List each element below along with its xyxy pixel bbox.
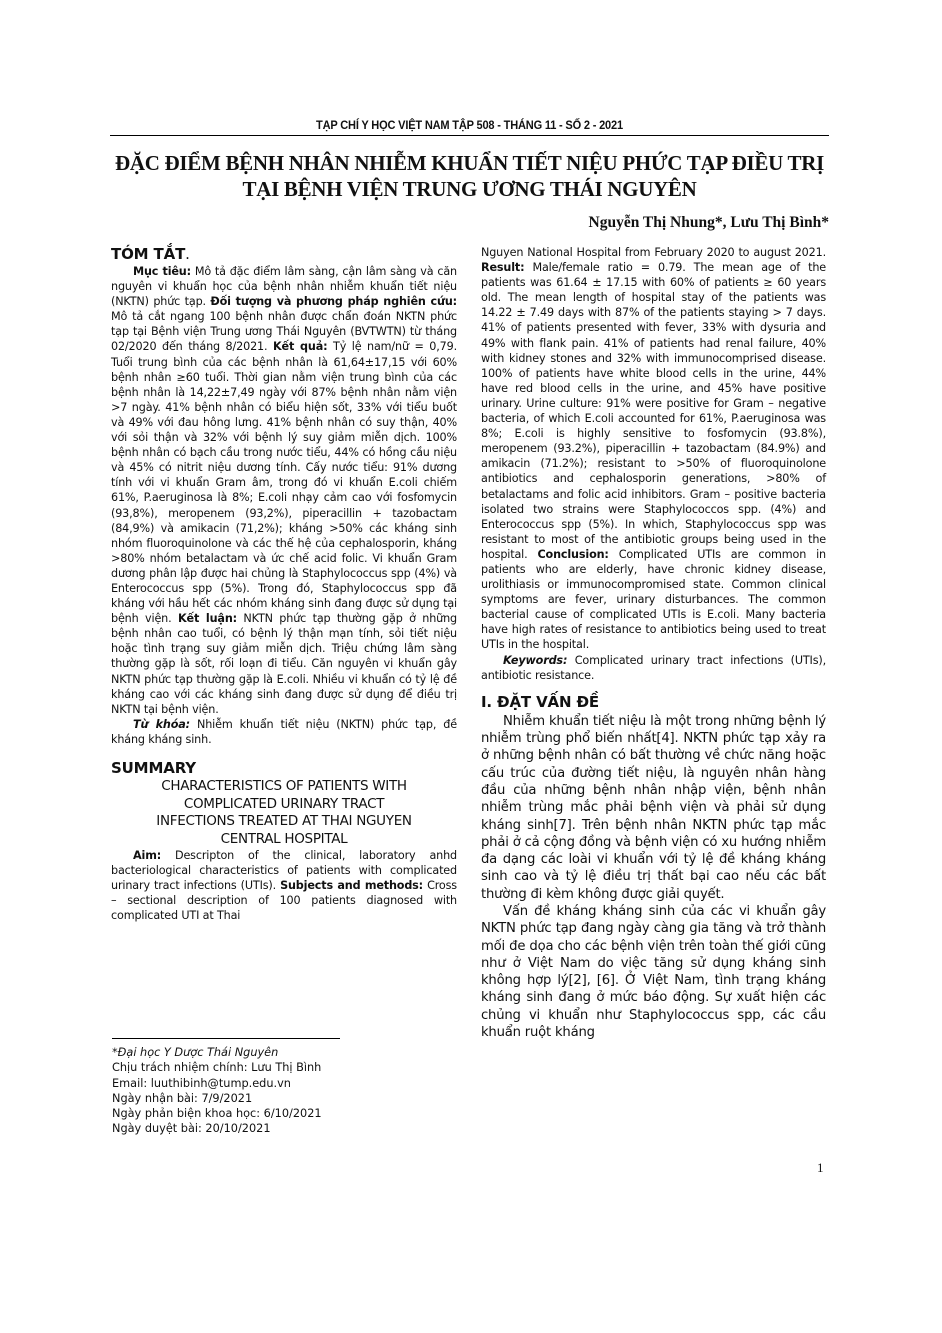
footnotes: *Đại học Y Dược Thái Nguyên Chịu trách n… — [112, 1045, 322, 1137]
header-rule — [110, 135, 829, 136]
section-1-heading: I. ĐẶT VẤN ĐỀ — [481, 693, 826, 711]
summary-keywords: Keywords: Complicated urinary tract infe… — [481, 653, 826, 683]
results-text: Tỷ lệ nam/nữ = 0,79. Tuổi trung bình của… — [111, 340, 457, 625]
affiliation: *Đại học Y Dược Thái Nguyên — [112, 1045, 322, 1060]
date-reviewed: Ngày phản biện khoa học: 6/10/2021 — [112, 1106, 322, 1121]
summary-heading: SUMMARY — [111, 759, 457, 777]
heading-dot: . — [185, 245, 190, 263]
methods-label: Đối tượng và phương pháp nghiên cứu: — [210, 295, 457, 308]
summary-title-line: INFECTIONS TREATED AT THAI NGUYEN — [111, 813, 457, 831]
date-accepted: Ngày duyệt bài: 20/10/2021 — [112, 1121, 322, 1136]
abstract-vi-keywords: Từ khóa: Nhiễm khuẩn tiết niệu (NKTN) ph… — [111, 717, 457, 747]
abstract-vi-body: Mục tiêu: Mô tả đặc điểm lâm sàng, cận l… — [111, 264, 457, 717]
conclusion-label: Kết luận: — [178, 612, 237, 625]
abstract-vi-heading: TÓM TẮT. — [111, 245, 457, 263]
title-line-2: TẠI BỆNH VIỆN TRUNG ƯƠNG THÁI NGUYÊN — [110, 176, 829, 202]
summary-title-line: CENTRAL HOSPITAL — [111, 831, 457, 849]
date-received: Ngày nhận bài: 7/9/2021 — [112, 1091, 322, 1106]
keywords-vi-label: Từ khóa: — [133, 718, 190, 731]
results-label: Kết quả: — [273, 340, 327, 353]
summary-body-left: Aim: Descripton of the clinical, laborat… — [111, 848, 457, 923]
methods-en-label: Subjects and methods: — [280, 879, 423, 892]
keywords-en-label: Keywords: — [503, 654, 567, 667]
paper-page: TẠP CHÍ Y HỌC VIỆT NAM TẬP 508 - THÁNG 1… — [0, 0, 942, 1333]
abstract-vi-heading-text: TÓM TẮT — [111, 245, 185, 263]
aim-label: Mục tiêu: — [133, 265, 191, 278]
right-column: Nguyen National Hospital from February 2… — [481, 245, 826, 1041]
article-title: ĐẶC ĐIỂM BỆNH NHÂN NHIỄM KHUẨN TIẾT NIỆU… — [110, 150, 829, 202]
footnote-rule — [112, 1038, 340, 1039]
summary-body-right: Nguyen National Hospital from February 2… — [481, 245, 826, 653]
authors: Nguyễn Thị Nhung*, Lưu Thị Bình* — [589, 214, 830, 232]
running-header: TẠP CHÍ Y HỌC VIỆT NAM TẬP 508 - THÁNG 1… — [139, 118, 800, 132]
summary-title-line: CHARACTERISTICS OF PATIENTS WITH — [111, 778, 457, 796]
summary-title-line: COMPLICATED URINARY TRACT — [111, 796, 457, 814]
title-line-1: ĐẶC ĐIỂM BỆNH NHÂN NHIỄM KHUẨN TIẾT NIỆU… — [110, 150, 829, 176]
section-1-paragraph: Vấn đề kháng kháng sinh của các vi khuẩn… — [481, 903, 826, 1041]
responsible-author: Chịu trách nhiệm chính: Lưu Thị Bình — [112, 1060, 322, 1075]
conclusion-text: NKTN phức tạp thường gặp ở những bệnh nh… — [111, 612, 457, 716]
aim-en-label: Aim: — [133, 849, 161, 862]
left-column: TÓM TẮT. Mục tiêu: Mô tả đặc điểm lâm sà… — [111, 245, 457, 923]
email: Email: luuthibinh@tump.edu.vn — [112, 1076, 322, 1091]
conclusion-en-text: Complicated UTIs are common in patients … — [481, 548, 826, 652]
conclusion-en-label: Conclusion: — [537, 548, 608, 561]
results-en-label: Result: — [481, 261, 524, 274]
section-1-paragraph: Nhiễm khuẩn tiết niệu là một trong những… — [481, 713, 826, 903]
results-en-text: Male/female ratio = 0.79. The mean age o… — [481, 261, 826, 561]
methods-en-text-cont: Nguyen National Hospital from February 2… — [481, 246, 826, 259]
page-number: 1 — [817, 1160, 824, 1176]
summary-title: CHARACTERISTICS OF PATIENTS WITH COMPLIC… — [111, 778, 457, 848]
